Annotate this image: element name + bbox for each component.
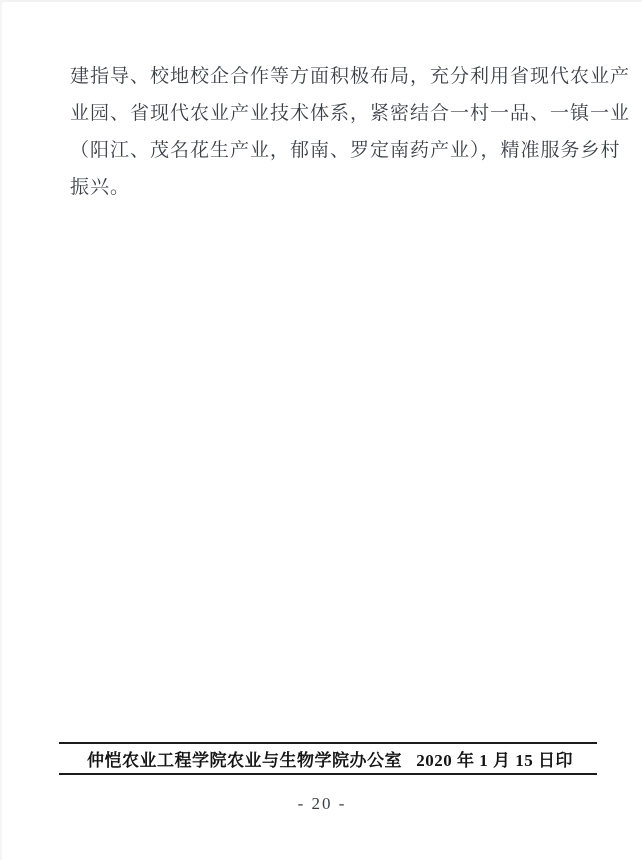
paragraph-line: 建指导、校地校企合作等方面积极布局，充分利用省现代农业产 [70,58,580,95]
paragraph-line: （阳江、茂名花生产业，郁南、罗定南药产业），精准服务乡村 [70,132,580,169]
footer-print-date: 2020 年 1 月 15 日印 [416,746,573,771]
paragraph-line: 业园、省现代农业产业技术体系，紧密结合一村一品、一镇一业 [70,95,580,132]
paragraph-line: 振兴。 [70,169,580,206]
page-number: - 20 - [2,794,642,814]
body-paragraph: 建指导、校地校企合作等方面积极布局，充分利用省现代农业产 业园、省现代农业产业技… [70,58,580,206]
footer-rule-bottom [59,773,597,775]
footer: 仲恺农业工程学院农业与生物学院办公室 2020 年 1 月 15 日印 [59,744,597,773]
footer-office-name: 仲恺农业工程学院农业与生物学院办公室 [87,746,402,771]
document-page: 建指导、校地校企合作等方面积极布局，充分利用省现代农业产 业园、省现代农业产业技… [0,0,642,860]
